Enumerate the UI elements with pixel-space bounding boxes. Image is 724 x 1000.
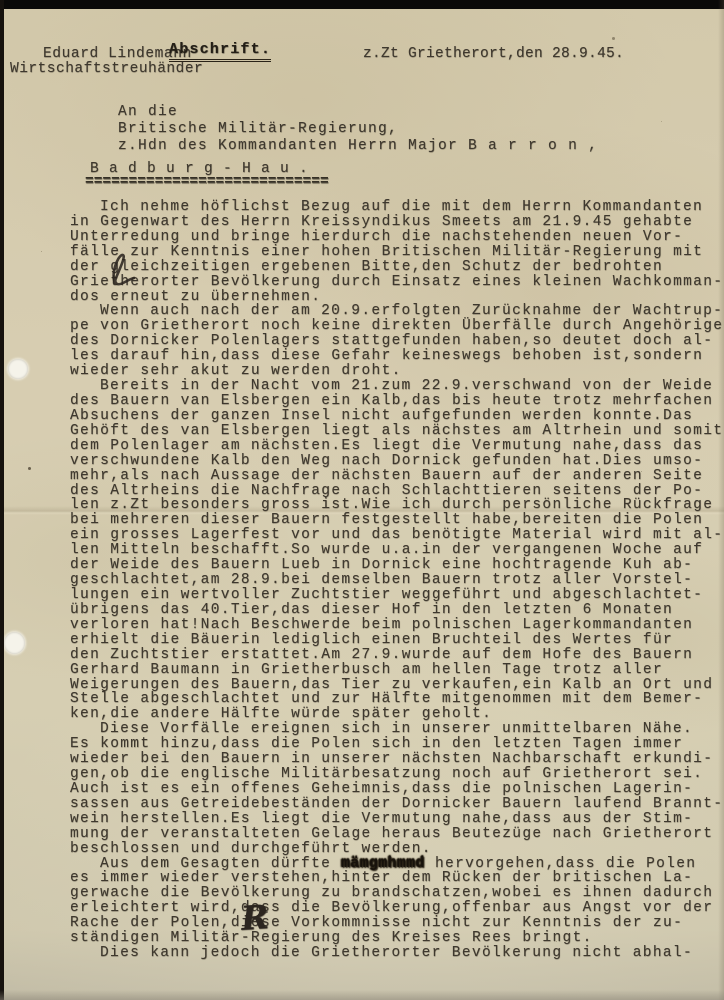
text-line: Auch ist es ein offenes Geheimnis,dass d… xyxy=(70,782,724,797)
text-line: Diese Vorfälle ereignen sich in unserer … xyxy=(70,722,724,737)
recipient-line: An die xyxy=(118,104,178,120)
handwritten-correction-mark xyxy=(108,252,138,288)
text-line: geschlachtet,am 28.9.bei demselben Bauer… xyxy=(70,573,724,588)
text-line: verschwundene Kalb den Weg nach Dornick … xyxy=(70,454,724,469)
text-line: Dies kann jedoch die Grietherorter Bevöl… xyxy=(70,946,724,961)
text-line: gen,ob die englische Militärbesatzung no… xyxy=(70,767,724,782)
scanned-letter: Eduard Lindemann Wirtschaftstreuhänder A… xyxy=(0,0,724,1000)
text-line: des Dornicker Polenlagers stattgefunden … xyxy=(70,334,724,349)
sender-role: Wirtschaftstreuhänder xyxy=(10,61,203,77)
text-line: erhielt die Bäuerin lediglich einen Bruc… xyxy=(70,633,724,648)
text-line: lungen ein wertvoller Zuchtstier weggefü… xyxy=(70,588,724,603)
text-line: Bereits in der Nacht vom 21.zum 22.9.ver… xyxy=(70,379,724,394)
text-line: beschlossen und durchgeführt werden. xyxy=(70,842,724,857)
recipient-underline: ============================ xyxy=(85,174,329,190)
text-line: Gerhard Baumann in Grietherbusch am hell… xyxy=(70,663,724,678)
text-line: dem Polenlager am nächsten.Es liegt die … xyxy=(70,439,724,454)
text-line: erleichtert wird,dass die Bevölkerung,of… xyxy=(70,901,724,916)
text-line: mung der veranstalteten Gelage heraus Be… xyxy=(70,827,724,842)
recipient-line: z.Hdn des Kommandanten Herrn Major B a r… xyxy=(118,138,598,154)
text-line: Rache der Polen,diese Vorkommnisse nicht… xyxy=(70,916,724,931)
dateline: z.Zt Grietherort,den 28.9.45. xyxy=(363,46,624,62)
text-line: ein grosses Lagerfest vor und das benöti… xyxy=(70,528,724,543)
text-line: den Zuchtstier erstattet.Am 27.9.wurde a… xyxy=(70,648,724,663)
text-line: wieder bei den Bauern in unserer nächste… xyxy=(70,752,724,767)
text-line: len Mitteln beschafft.So wurde u.a.in de… xyxy=(70,543,724,558)
text-line: sassen aus Getreidebeständen der Dornick… xyxy=(70,797,724,812)
text-line: der gleichzeitigen ergebenen Bitte,den S… xyxy=(70,260,724,275)
copy-label: Abschrift. xyxy=(169,41,271,62)
handwritten-small-stroke xyxy=(248,910,270,926)
scan-edge-right xyxy=(718,0,724,1000)
text-line: Es kommt hinzu,dass die Polen sich in de… xyxy=(70,737,724,752)
text-line: übrigens das 40.Tier,das dieser Hof in d… xyxy=(70,603,724,618)
text-line: ständigen Militär-Regierung des Kreises … xyxy=(70,931,724,946)
text-line: in Gegenwart des Herrn Kreissyndikus Sme… xyxy=(70,215,724,230)
hole-punch xyxy=(4,632,25,654)
scan-edge-top xyxy=(0,0,724,9)
letter-body: Ich nehme höflichst Bezug auf die mit de… xyxy=(70,200,724,961)
scan-edge-left xyxy=(0,0,4,1000)
text-line: Gehöft des van Elsbergen liegt als nächs… xyxy=(70,424,724,439)
text-line: wieder sehr akut zu werden droht. xyxy=(70,364,724,379)
scan-edge-bottom xyxy=(0,990,724,1000)
text-line: mehr,als nach Aussage der nächsten Bauer… xyxy=(70,469,724,484)
recipient-line: Britische Militär-Regierung, xyxy=(118,121,398,137)
text-line: les darauf hin,dass diese Gefahr keinesw… xyxy=(70,349,724,364)
text-line: verloren hat!Nach Beschwerde beim polnis… xyxy=(70,618,724,633)
text-line: Absuchens der ganzen Insel nicht aufgefu… xyxy=(70,409,724,424)
paper-specks xyxy=(28,467,31,470)
text-line: fälle zur Kenntnis einer hohen Britische… xyxy=(70,245,724,260)
text-line: Ich nehme höflichst Bezug auf die mit de… xyxy=(70,200,724,215)
text-line: Unterredung und bringe hierdurch die nac… xyxy=(70,230,724,245)
text-line: wein herstellen.Es liegt die Vermutung n… xyxy=(70,812,724,827)
text-line: Grietherorter Bevölkerung durch Einsatz … xyxy=(70,275,724,290)
text-line: des Bauern van Elsbergen ein Kalb,das bi… xyxy=(70,394,724,409)
hole-punch xyxy=(8,359,28,379)
text-line: der Weide des Bauern Lueb in Dornick ein… xyxy=(70,558,724,573)
